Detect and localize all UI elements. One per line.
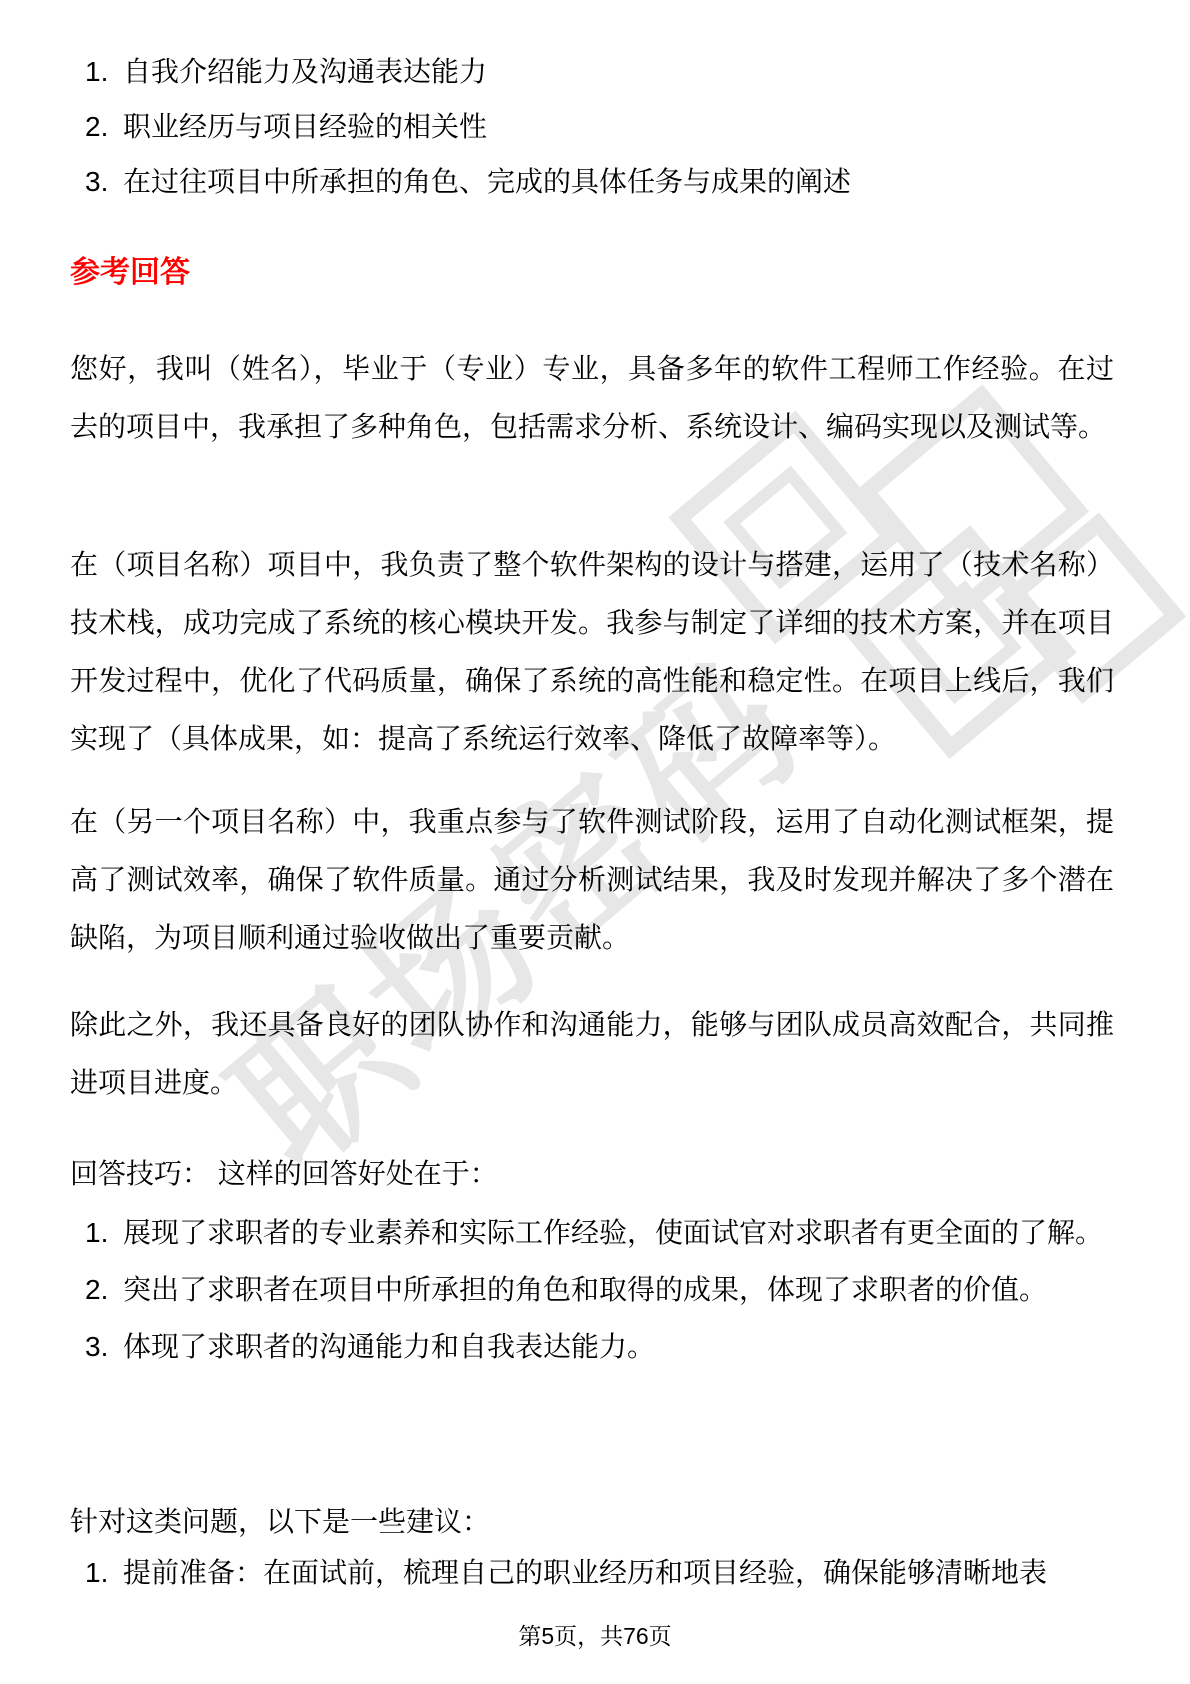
list-item: 提前准备：在面试前，梳理自己的职业经历和项目经验，确保能够清晰地表 (85, 1544, 1120, 1601)
page-footer: 第5页，共76页 (0, 1620, 1190, 1652)
suggestions-list: 提前准备：在面试前，梳理自己的职业经历和项目经验，确保能够清晰地表 (85, 1544, 1120, 1601)
suggestions-intro: 针对这类问题，以下是一些建议： (70, 1493, 1114, 1551)
answer-tips-intro: 回答技巧： 这样的回答好处在于： (70, 1145, 1114, 1203)
list-item: 职业经历与项目经验的相关性 (85, 99, 1120, 154)
document-page: 职场密码 自我介绍能力及沟通表达能力 职业经历与项目经验的相关性 在过往项目中所… (0, 0, 1190, 1684)
page-indicator: 第5页，共76页 (518, 1623, 671, 1649)
reference-answer-heading: 参考回答 (70, 251, 190, 295)
answer-paragraph: 您好，我叫（姓名），毕业于（专业）专业，具备多年的软件工程师工作经验。在过去的项… (70, 340, 1114, 456)
list-item: 突出了求职者在项目中所承担的角色和取得的成果，体现了求职者的价值。 (85, 1261, 1120, 1318)
list-item-text: 展现了求职者的专业素养和实际工作经验，使面试官对求职者有更全面的了解。 (123, 1217, 1103, 1248)
list-item-text: 职业经历与项目经验的相关性 (123, 111, 487, 142)
list-item-text: 自我介绍能力及沟通表达能力 (123, 56, 487, 87)
list-item: 在过往项目中所承担的角色、完成的具体任务与成果的阐述 (85, 154, 1120, 209)
list-item-text: 提前准备：在面试前，梳理自己的职业经历和项目经验，确保能够清晰地表 (123, 1557, 1047, 1588)
list-item: 自我介绍能力及沟通表达能力 (85, 44, 1120, 99)
list-item-text: 体现了求职者的沟通能力和自我表达能力。 (123, 1331, 655, 1362)
answer-paragraph: 在（另一个项目名称）中，我重点参与了软件测试阶段，运用了自动化测试框架，提高了测… (70, 793, 1114, 967)
answer-benefits-list: 展现了求职者的专业素养和实际工作经验，使面试官对求职者有更全面的了解。 突出了求… (85, 1204, 1120, 1375)
answer-paragraph: 在（项目名称）项目中，我负责了整个软件架构的设计与搭建，运用了（技术名称）技术栈… (70, 536, 1114, 768)
answer-paragraph: 除此之外，我还具备良好的团队协作和沟通能力，能够与团队成员高效配合，共同推进项目… (70, 996, 1114, 1112)
list-item-text: 在过往项目中所承担的角色、完成的具体任务与成果的阐述 (123, 166, 851, 197)
list-item: 展现了求职者的专业素养和实际工作经验，使面试官对求职者有更全面的了解。 (85, 1204, 1120, 1261)
list-item-text: 突出了求职者在项目中所承担的角色和取得的成果，体现了求职者的价值。 (123, 1274, 1047, 1305)
list-item: 体现了求职者的沟通能力和自我表达能力。 (85, 1318, 1120, 1375)
evaluation-points-list: 自我介绍能力及沟通表达能力 职业经历与项目经验的相关性 在过往项目中所承担的角色… (85, 44, 1120, 209)
